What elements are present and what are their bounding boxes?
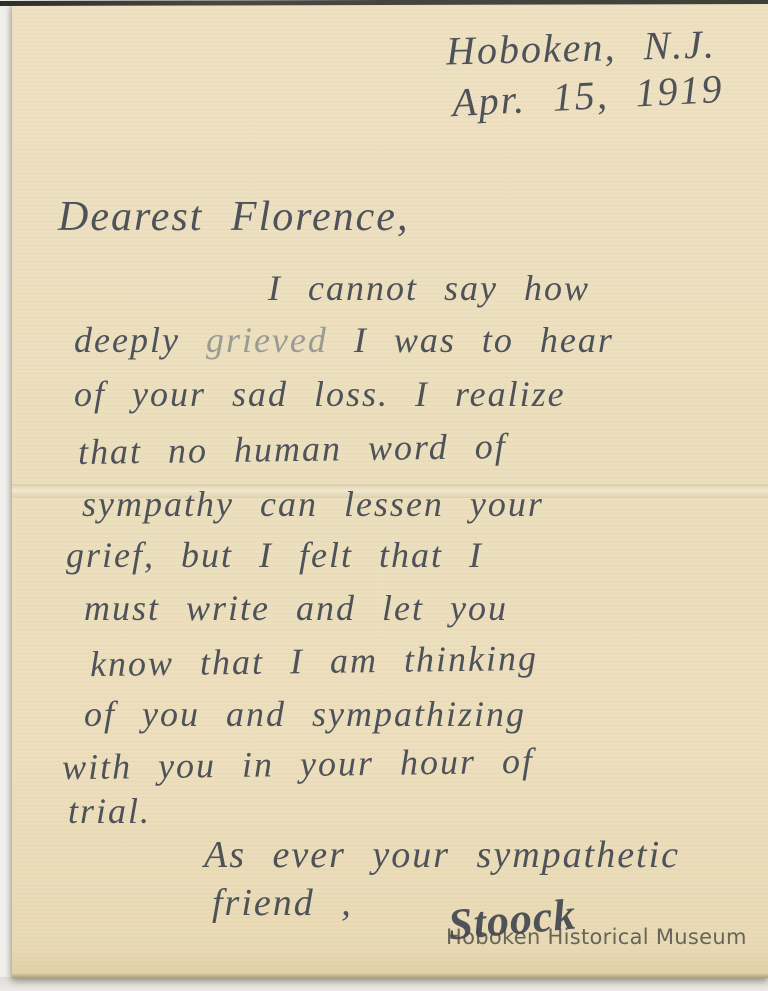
body-line-6: grief, but I felt that I bbox=[66, 537, 483, 573]
body-line-2-part-b: I was to hear bbox=[328, 320, 614, 360]
paper-bottom-edge bbox=[12, 974, 768, 978]
body-line-9: of you and sympathizing bbox=[84, 696, 526, 732]
body-line-4: that no human word of bbox=[78, 428, 507, 470]
body-line-7: must write and let you bbox=[84, 590, 508, 626]
body-line-2-part-a: deeply bbox=[74, 320, 206, 360]
closing-line-1: As ever your sympathetic bbox=[204, 836, 680, 874]
closing-line-2: friend , bbox=[212, 884, 353, 922]
heading-date: Apr. 15, 1919 bbox=[452, 69, 725, 123]
museum-watermark: Hoboken Historical Museum bbox=[446, 925, 747, 949]
body-line-3: of your sad loss. I realize bbox=[74, 376, 566, 412]
body-line-5: sympathy can lessen your bbox=[82, 486, 544, 522]
body-line-2-faded-word: grieved bbox=[206, 320, 328, 360]
heading-place: Hoboken, N.J. bbox=[446, 24, 717, 71]
body-line-8: know that I am thinking bbox=[90, 640, 538, 682]
body-line-1: I cannot say how bbox=[268, 270, 590, 306]
letter-paper: Hoboken, N.J. Apr. 15, 1919 Dearest Flor… bbox=[12, 4, 768, 978]
salutation: Dearest Florence, bbox=[58, 196, 409, 238]
body-line-11: trial. bbox=[68, 793, 151, 829]
body-line-10: with you in your hour of bbox=[62, 743, 534, 786]
body-line-2: deeply grieved I was to hear bbox=[74, 322, 614, 358]
scan-background bbox=[0, 977, 768, 991]
